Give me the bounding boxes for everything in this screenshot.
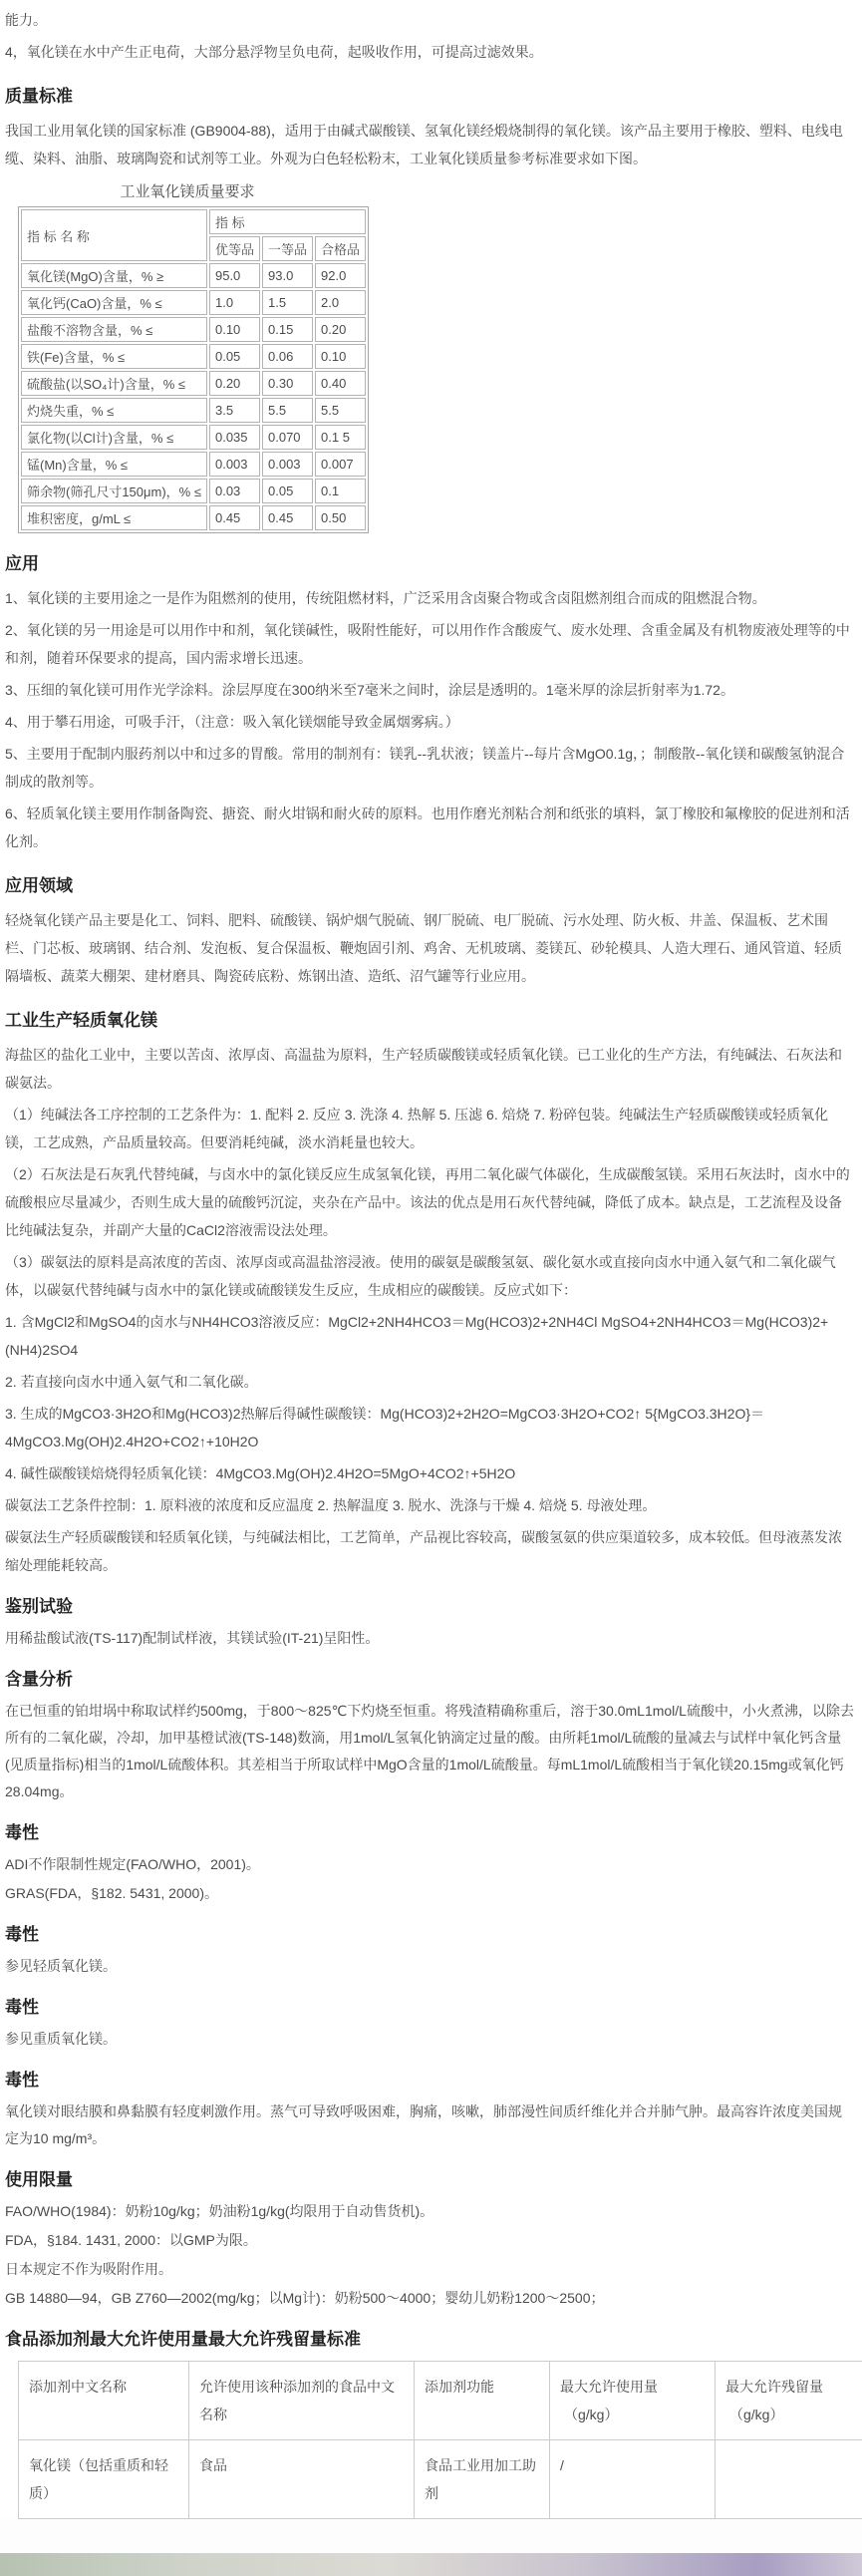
row-value: 0.03 xyxy=(209,479,260,503)
row-value: 0.05 xyxy=(262,479,313,503)
table-row: 锰(Mn)含量，% ≤ 0.003 0.003 0.007 xyxy=(21,452,366,477)
row-value: 0.06 xyxy=(262,344,313,369)
row-value: 0.15 xyxy=(262,317,313,342)
row-value: 0.1 5 xyxy=(315,425,366,450)
article-content: 能力。 4，氧化镁在水中产生正电荷，大部分悬浮物呈负电荷，起吸收作用，可提高过滤… xyxy=(0,0,862,2519)
content-analysis-paragraph: 在已恒重的铂坩埚中称取试样约500mg，于800～825℃下灼烧至恒重。将残渣精… xyxy=(5,1698,854,1805)
row-value: 0.070 xyxy=(262,425,313,450)
intro-line: 能力。 xyxy=(5,6,854,34)
header-max-residue: 最大允许残留量 （g/kg） xyxy=(716,2362,862,2440)
usage-limit-line: FAO/WHO(1984)：奶粉10g/kg；奶油粉1g/kg(均限用于自动售货… xyxy=(5,2198,854,2225)
row-value: 0.10 xyxy=(209,317,260,342)
row-name: 筛余物(筛孔尺寸150μm)，% ≤ xyxy=(21,479,207,503)
row-value: 92.0 xyxy=(315,263,366,288)
table-row: 氧化镁（包括重质和轻质） 食品 食品工业用加工助剂 / xyxy=(19,2440,862,2519)
table-header-row: 指 标 名 称 指 标 xyxy=(21,209,366,234)
application-item: 4、用于攀石用途，可吸手汗，（注意：吸入氧化镁烟能导致金属烟雾病。） xyxy=(5,708,854,736)
row-name: 盐酸不溶物含量，% ≤ xyxy=(21,317,207,342)
header-max-residue-unit: （g/kg） xyxy=(725,2401,862,2428)
section-heading-toxicity-3: 毒性 xyxy=(5,1997,854,2019)
row-value: 5.5 xyxy=(315,398,366,423)
row-value: 0.1 xyxy=(315,479,366,503)
section-heading-industrial-production: 工业生产轻质氧化镁 xyxy=(5,1010,854,1032)
cell-additive-function: 食品工业用加工助剂 xyxy=(415,2440,550,2519)
cell-max-residue xyxy=(716,2440,862,2519)
header-max-residue-label: 最大允许残留量 xyxy=(725,2373,862,2401)
table-row: 筛余物(筛孔尺寸150μm)，% ≤ 0.03 0.05 0.1 xyxy=(21,479,366,503)
reaction-equation: 4. 碱性碳酸镁焙烧得轻质氧化镁：4MgCO3.Mg(OH)2.4H2O=5Mg… xyxy=(5,1459,854,1487)
toxicity-line: GRAS(FDA，§182. 5431, 2000)。 xyxy=(5,1880,854,1907)
section-heading-food-additive-standard: 食品添加剂最大允许使用量最大允许残留量标准 xyxy=(5,2329,854,2351)
header-additive-function: 添加剂功能 xyxy=(415,2362,550,2440)
section-heading-quality-standard: 质量标准 xyxy=(5,86,854,108)
production-paragraph: （2）石灰法是石灰乳代替纯碱，与卤水中的氯化镁反应生成氢氧化镁，再用二氧化碳气体… xyxy=(5,1160,854,1244)
row-value: 2.0 xyxy=(315,290,366,315)
application-fields-paragraph: 轻烧氧化镁产品主要是化工、饲料、肥料、硫酸镁、锅炉烟气脱硫、钢厂脱硫、电厂脱硫、… xyxy=(5,906,854,990)
row-name: 堆积密度，g/mL ≤ xyxy=(21,505,207,530)
cell-additive-name: 氧化镁（包括重质和轻质） xyxy=(19,2440,189,2519)
toxicity-line: ADI不作限制性规定(FAO/WHO，2001)。 xyxy=(5,1851,854,1878)
quality-paragraph: 我国工业用氧化镁的国家标准 (GB9004-88)，适用于由碱式碳酸镁、氢氧化镁… xyxy=(5,117,854,172)
row-name: 氧化钙(CaO)含量，% ≤ xyxy=(21,290,207,315)
intro-line: 4，氧化镁在水中产生正电荷，大部分悬浮物呈负电荷，起吸收作用，可提高过滤效果。 xyxy=(5,38,854,66)
row-value: 0.035 xyxy=(209,425,260,450)
toxicity-line: 参见重质氧化镁。 xyxy=(5,2026,854,2053)
header-grade-premium: 优等品 xyxy=(209,236,260,261)
toxicity-line: 参见轻质氧化镁。 xyxy=(5,1953,854,1980)
header-grade-first: 一等品 xyxy=(262,236,313,261)
cell-allowed-food: 食品 xyxy=(189,2440,415,2519)
row-value: 0.45 xyxy=(209,505,260,530)
quality-table-block: 工业氧化镁质量要求 指 标 名 称 指 标 优等品 一等品 合格品 氧化镁(Mg… xyxy=(18,180,357,533)
header-additive-name: 添加剂中文名称 xyxy=(19,2362,189,2440)
usage-limit-line: FDA，§184. 1431, 2000：以GMP为限。 xyxy=(5,2227,854,2254)
row-value: 0.30 xyxy=(262,371,313,396)
row-name: 氧化镁(MgO)含量，% ≥ xyxy=(21,263,207,288)
reaction-equation: 1. 含MgCl2和MgSO4的卤水与NH4HCO3溶液反应：MgCl2+2NH… xyxy=(5,1308,854,1364)
row-value: 0.05 xyxy=(209,344,260,369)
section-heading-identification-test: 鉴别试验 xyxy=(5,1596,854,1618)
lower-sections: 鉴别试验 用稀盐酸试液(TS-117)配制试样液，其镁试验(IT-21)呈阳性。… xyxy=(5,1596,854,2519)
header-max-usage: 最大允许使用量 （g/kg） xyxy=(550,2362,716,2440)
reaction-equation: 3. 生成的MgCO3·3H2O和Mg(HCO3)2热解后得碱性碳酸镁：Mg(H… xyxy=(5,1400,854,1455)
row-value: 0.007 xyxy=(315,452,366,477)
row-value: 1.0 xyxy=(209,290,260,315)
header-indicator-name: 指 标 名 称 xyxy=(21,209,207,261)
table-row: 氧化钙(CaO)含量，% ≤ 1.0 1.5 2.0 xyxy=(21,290,366,315)
row-value: 0.10 xyxy=(315,344,366,369)
table-row: 堆积密度，g/mL ≤ 0.45 0.45 0.50 xyxy=(21,505,366,530)
production-paragraph: 海盐区的盐化工业中，主要以苦卤、浓厚卤、高温盐为原料，生产轻质碳酸镁或轻质氧化镁… xyxy=(5,1041,854,1097)
table-header-row: 添加剂中文名称 允许使用该种添加剂的食品中文名称 添加剂功能 最大允许使用量 （… xyxy=(19,2362,862,2440)
header-indicator-group: 指 标 xyxy=(209,209,366,234)
table-row: 铁(Fe)含量，% ≤ 0.05 0.06 0.10 xyxy=(21,344,366,369)
header-max-usage-unit: （g/kg） xyxy=(560,2401,705,2428)
identification-paragraph: 用稀盐酸试液(TS-117)配制试样液，其镁试验(IT-21)呈阳性。 xyxy=(5,1625,854,1652)
table-row: 氧化镁(MgO)含量，% ≥ 95.0 93.0 92.0 xyxy=(21,263,366,288)
row-value: 0.45 xyxy=(262,505,313,530)
row-name: 氯化物(以Cl计)含量，% ≤ xyxy=(21,425,207,450)
section-heading-content-analysis: 含量分析 xyxy=(5,1669,854,1691)
toxicity-line: 氧化镁对眼结膜和鼻黏膜有轻度刺激作用。蒸气可导致呼吸困难，胸痛，咳嗽，肺部漫性间… xyxy=(5,2098,854,2152)
row-value: 0.40 xyxy=(315,371,366,396)
production-paragraph: 碳氨法生产轻质碳酸镁和轻质氧化镁，与纯碱法相比，工艺简单，产品视比容较高，碳酸氢… xyxy=(5,1523,854,1579)
application-item: 2、氧化镁的另一用途是可以用作中和剂，氧化镁碱性，吸附性能好，可以用作作含酸废气… xyxy=(5,616,854,672)
usage-limit-line: GB 14880—94，GB Z760—2002(mg/kg；以Mg计)：奶粉5… xyxy=(5,2285,854,2312)
section-heading-usage-limit: 使用限量 xyxy=(5,2169,854,2191)
row-name: 硫酸盐(以SO₄计)含量，% ≤ xyxy=(21,371,207,396)
section-heading-toxicity-2: 毒性 xyxy=(5,1924,854,1946)
header-max-usage-label: 最大允许使用量 xyxy=(560,2373,705,2401)
quality-table: 指 标 名 称 指 标 优等品 一等品 合格品 氧化镁(MgO)含量，% ≥ 9… xyxy=(18,206,369,533)
row-value: 0.20 xyxy=(315,317,366,342)
application-item: 3、压细的氧化镁可用作光学涂料。涂层厚度在300纳米至7毫米之间时，涂层是透明的… xyxy=(5,676,854,704)
section-heading-toxicity-4: 毒性 xyxy=(5,2070,854,2092)
application-item: 5、主要用于配制内服药剂以中和过多的胃酸。常用的制剂有：镁乳--乳状液；镁盖片-… xyxy=(5,740,854,796)
row-name: 锰(Mn)含量，% ≤ xyxy=(21,452,207,477)
row-name: 灼烧失重，% ≤ xyxy=(21,398,207,423)
section-heading-application-fields: 应用领域 xyxy=(5,875,854,897)
row-value: 0.50 xyxy=(315,505,366,530)
section-heading-toxicity-1: 毒性 xyxy=(5,1822,854,1844)
production-paragraph: （3）碳氨法的原料是高浓度的苦卤、浓厚卤或高温盐溶浸液。使用的碳氨是碳酸氢氨、碳… xyxy=(5,1248,854,1304)
header-grade-qualified: 合格品 xyxy=(315,236,366,261)
application-item: 6、轻质氧化镁主要用作制备陶瓷、搪瓷、耐火坩锅和耐火砖的原料。也用作磨光剂粘合剂… xyxy=(5,800,854,855)
page-footer-gradient xyxy=(0,2553,862,2576)
table-row: 盐酸不溶物含量，% ≤ 0.10 0.15 0.20 xyxy=(21,317,366,342)
row-value: 0.20 xyxy=(209,371,260,396)
cell-max-usage: / xyxy=(550,2440,716,2519)
row-value: 0.003 xyxy=(262,452,313,477)
reaction-equation: 2. 若直接向卤水中通入氨气和二氧化碳。 xyxy=(5,1368,854,1396)
food-additive-table: 添加剂中文名称 允许使用该种添加剂的食品中文名称 添加剂功能 最大允许使用量 （… xyxy=(18,2361,862,2519)
table-row: 氯化物(以Cl计)含量，% ≤ 0.035 0.070 0.1 5 xyxy=(21,425,366,450)
row-value: 3.5 xyxy=(209,398,260,423)
row-value: 5.5 xyxy=(262,398,313,423)
header-allowed-food: 允许使用该种添加剂的食品中文名称 xyxy=(189,2362,415,2440)
section-heading-application: 应用 xyxy=(5,553,854,575)
table-row: 硫酸盐(以SO₄计)含量，% ≤ 0.20 0.30 0.40 xyxy=(21,371,366,396)
usage-limit-line: 日本规定不作为吸附作用。 xyxy=(5,2256,854,2283)
table-row: 灼烧失重，% ≤ 3.5 5.5 5.5 xyxy=(21,398,366,423)
quality-table-title: 工业氧化镁质量要求 xyxy=(18,180,357,201)
row-value: 1.5 xyxy=(262,290,313,315)
application-item: 1、氧化镁的主要用途之一是作为阻燃剂的使用，传统阻燃材料，广泛采用含卤聚合物或含… xyxy=(5,584,854,612)
row-value: 0.003 xyxy=(209,452,260,477)
production-paragraph: 碳氨法工艺条件控制：1. 原料液的浓度和反应温度 2. 热解温度 3. 脱水、洗… xyxy=(5,1491,854,1519)
row-name: 铁(Fe)含量，% ≤ xyxy=(21,344,207,369)
row-value: 95.0 xyxy=(209,263,260,288)
row-value: 93.0 xyxy=(262,263,313,288)
production-paragraph: （1）纯碱法各工序控制的工艺条件为：1. 配料 2. 反应 3. 洗涤 4. 热… xyxy=(5,1101,854,1156)
